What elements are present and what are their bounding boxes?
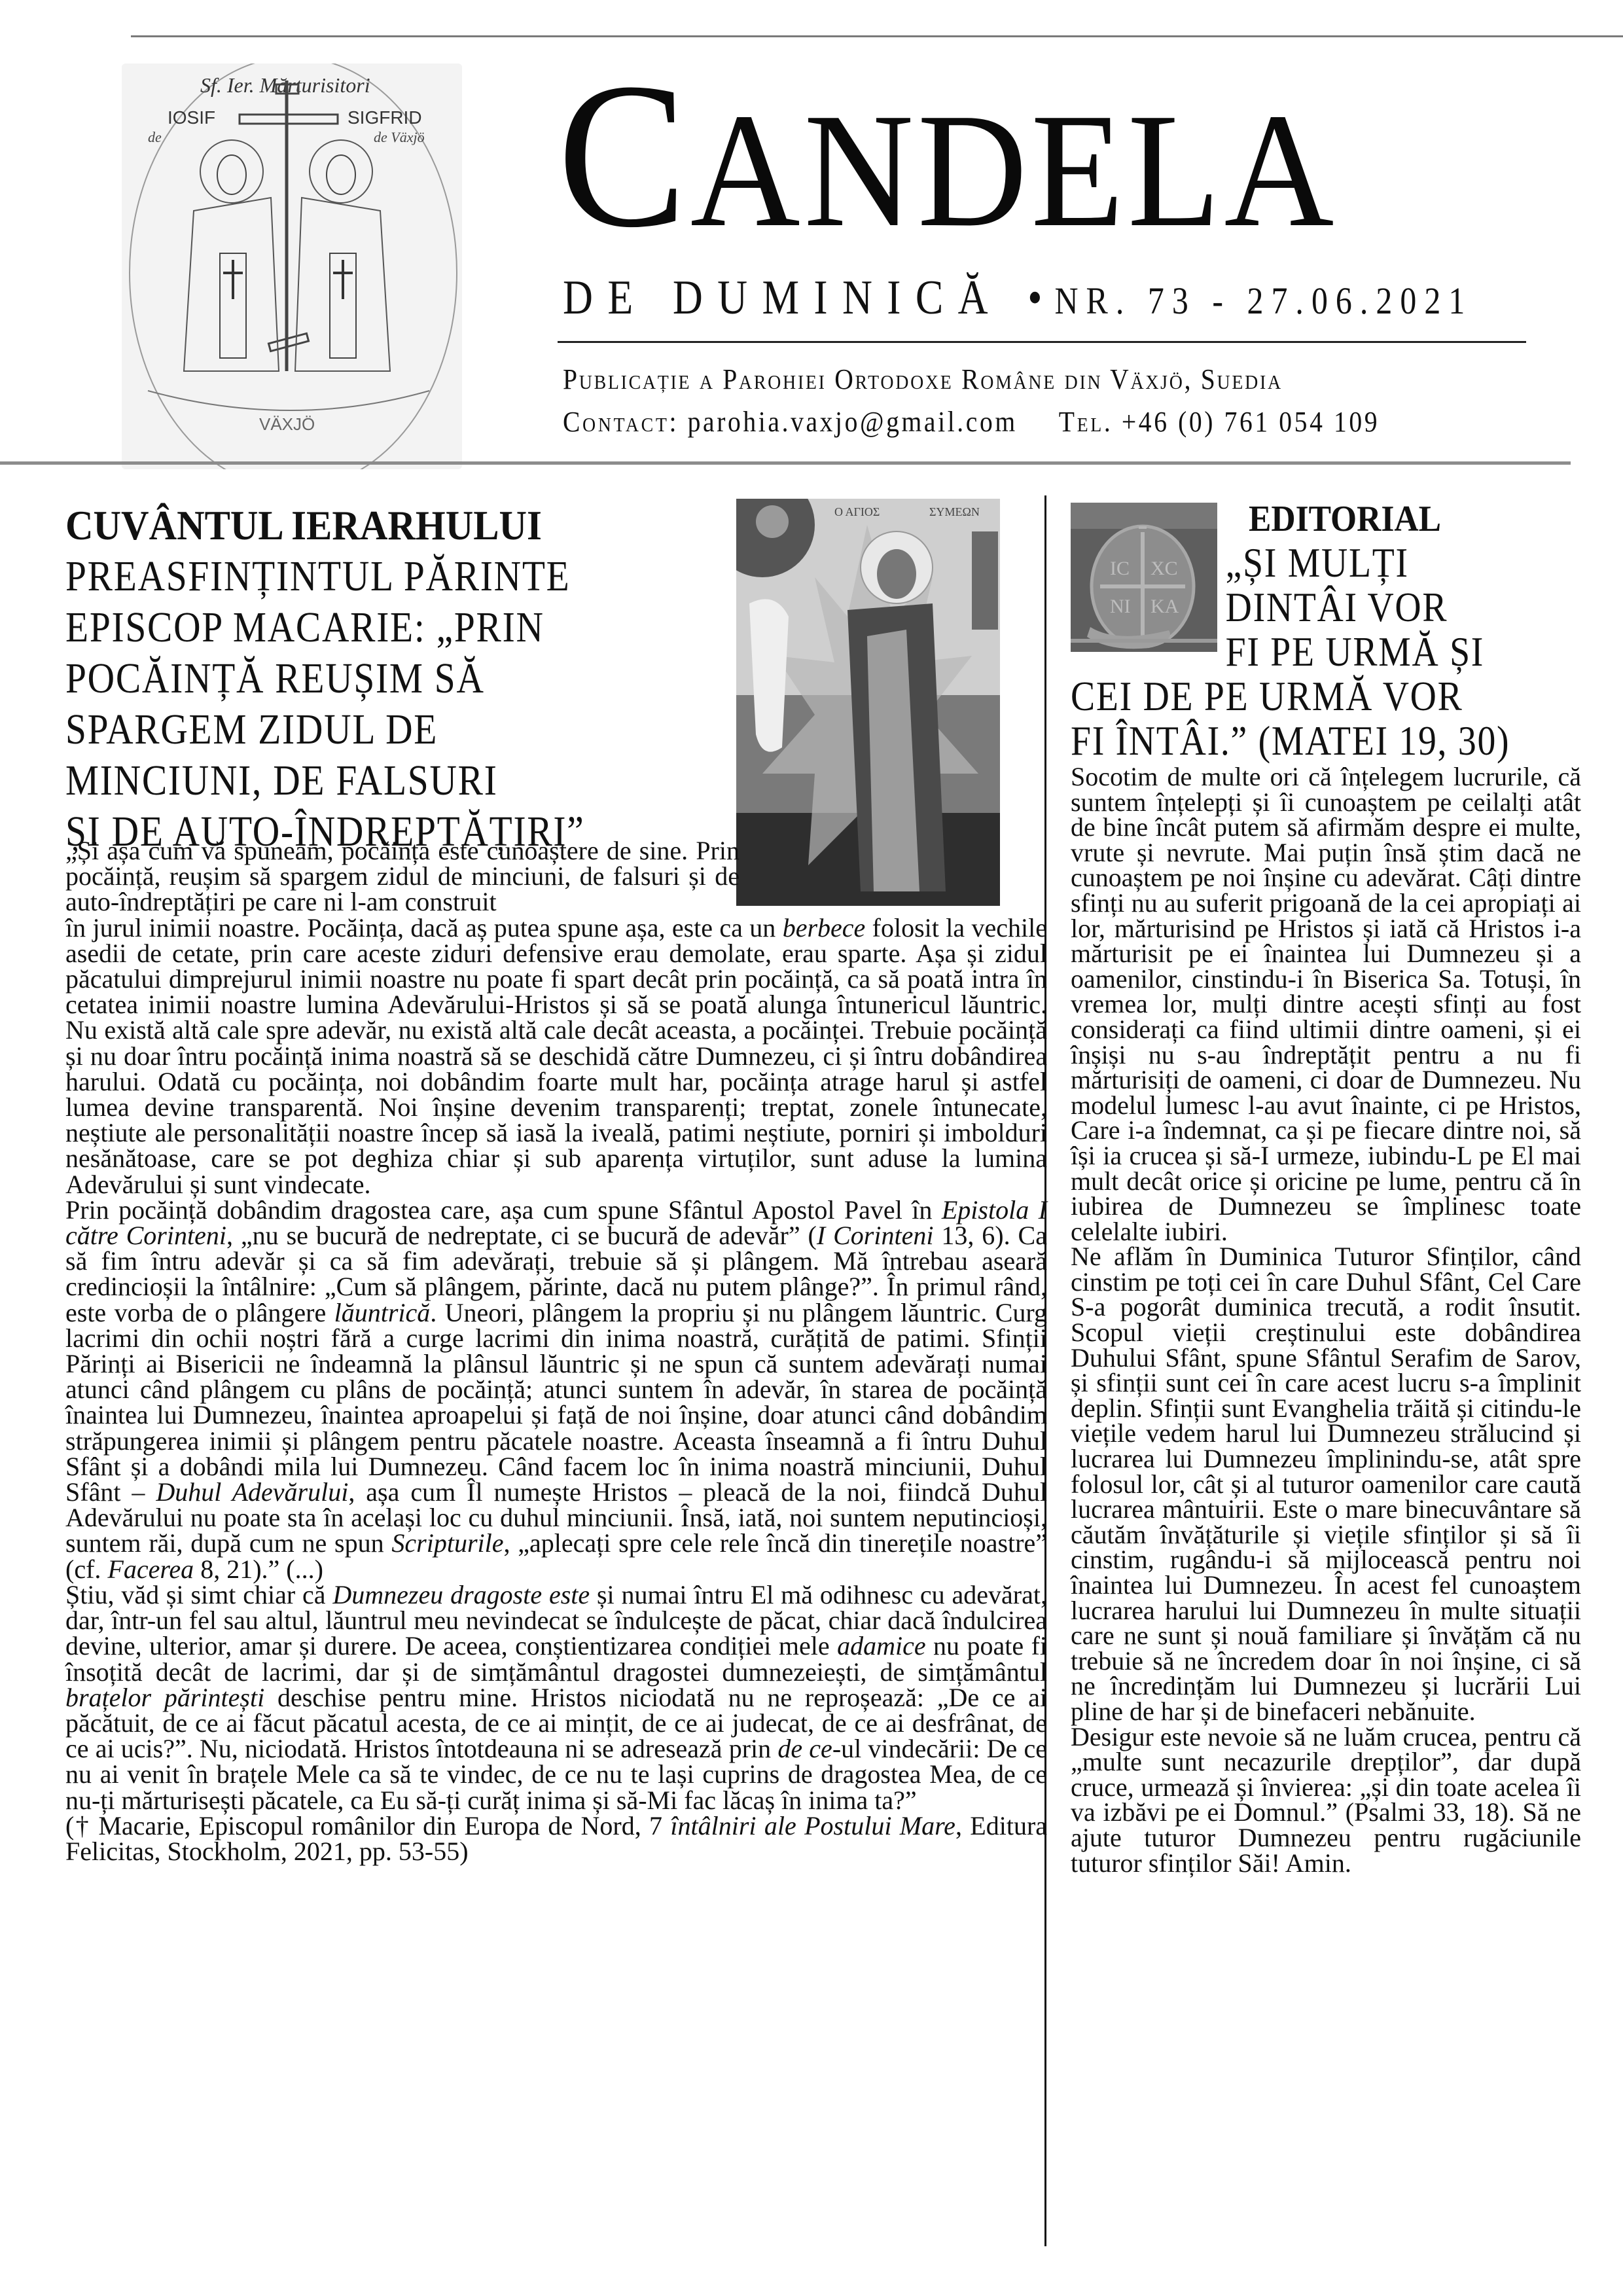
section-label-editorial: EDITORIAL	[1249, 499, 1441, 539]
paragraph-1: în jurul inimii noastre. Pocăința, dacă …	[65, 915, 1047, 1197]
masthead-subtitle: DE DUMINICĂ •NR. 73 - 27.06.2021	[563, 272, 1472, 327]
header-divider	[558, 341, 1526, 343]
paragraph-3: Știu, văd și simt chiar că Dumnezeu drag…	[65, 1582, 1047, 1813]
issue-number-date: NR. 73 - 27.06.2021	[1054, 279, 1472, 322]
svg-text:VÄXJÖ: VÄXJÖ	[259, 414, 315, 434]
masthead-title: CANDELA	[558, 51, 1338, 275]
left-article-body: „Și așa cum vă spuneam, pocăința este cu…	[65, 838, 1047, 1864]
paragraph-2: Prin pocăință dobândim dragostea care, a…	[65, 1197, 1047, 1582]
header-logo-sketch: Sf. Ier. Mărturisitori IOSIF SIGFRID de …	[122, 63, 462, 469]
contact-email-link[interactable]: parohia.vaxjo@gmail.com	[688, 406, 1018, 438]
title-line: CEI DE PE URMĂ VOR	[1071, 674, 1526, 719]
title-line: FI PE URMĂ ȘI	[1071, 630, 1526, 674]
editorial-title: „ȘI MULȚI DINTÂI VOR FI PE URMĂ ȘI CEI D…	[1071, 541, 1594, 763]
paragraph-1: Socotim de multe ori că înțelegem lucrur…	[1071, 764, 1581, 1244]
publication-line: Publicație a Parohiei Ortodoxe Române di…	[563, 363, 1283, 396]
masthead-initial: C	[558, 40, 690, 270]
paragraph-intro: „Și așa cum vă spuneam, pocăința este cu…	[65, 838, 740, 915]
svg-text:SIGFRID: SIGFRID	[348, 107, 422, 128]
masthead-rest: ANDELA	[690, 80, 1338, 261]
title-line: „ȘI MULȚI	[1071, 541, 1526, 585]
bullet-separator: •	[1027, 271, 1042, 325]
svg-text:IOSIF: IOSIF	[168, 107, 215, 128]
contact-line: Contact: parohia.vaxjo@gmail.comTel. +46…	[563, 406, 1380, 439]
contact-label: Contact:	[563, 406, 679, 438]
title-line: DINTÂI VOR	[1071, 585, 1526, 630]
paragraph-2: Ne aflăm în Duminica Tuturor Sfinților, …	[1071, 1244, 1581, 1724]
svg-text:Ο ΑΓΙΟΣ: Ο ΑΓΙΟΣ	[834, 505, 880, 518]
phone-label: Tel.	[1059, 406, 1113, 438]
phone-number: +46 (0) 761 054 109	[1122, 406, 1380, 438]
subtitle-text: DE DUMINICĂ	[563, 271, 1003, 325]
source-citation: († Macarie, Episcopul românilor din Euro…	[65, 1813, 1047, 1864]
editorial-body: Socotim de multe ori că înțelegem lucrur…	[1071, 764, 1581, 1876]
svg-text:de Växjö: de Växjö	[374, 129, 425, 145]
top-rule	[131, 35, 1623, 37]
header-bottom-rule	[0, 461, 1571, 465]
svg-text:de: de	[148, 129, 162, 145]
title-line: FI ÎNTÂI.” (MATEI 19, 30)	[1071, 719, 1526, 763]
svg-text:ΣΥΜΕΩΝ: ΣΥΜΕΩΝ	[929, 505, 980, 518]
saints-sketch-icon: Sf. Ier. Mărturisitori IOSIF SIGFRID de …	[122, 63, 462, 469]
paragraph-3: Desigur este nevoie să ne luăm crucea, p…	[1071, 1725, 1581, 1876]
